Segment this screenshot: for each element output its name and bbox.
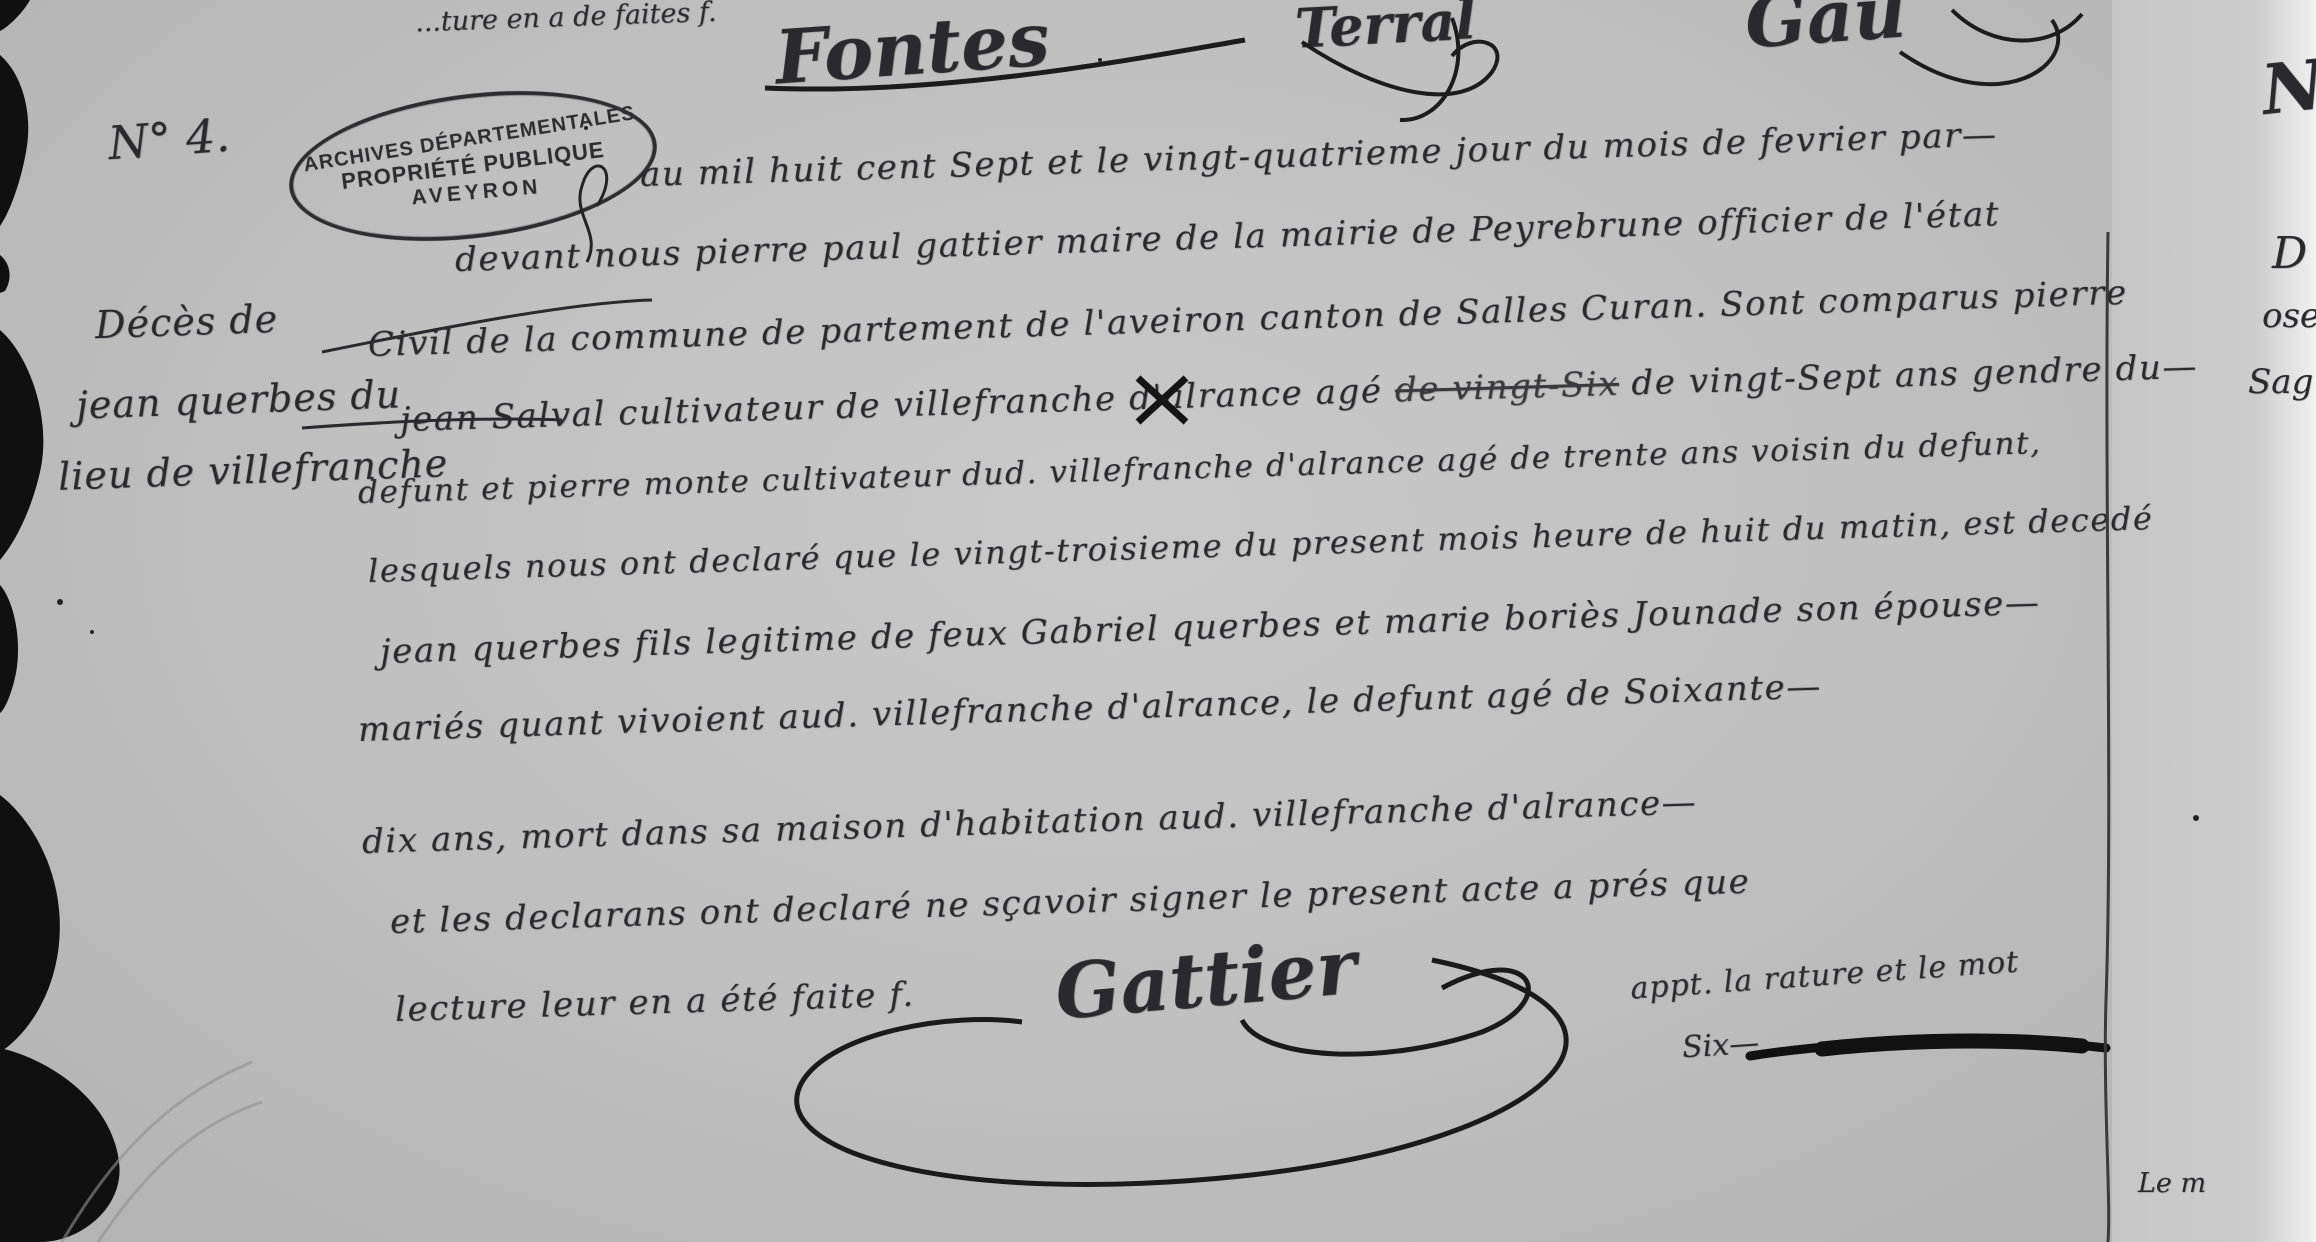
act-line-1: au mil huit cent Sept et le vingt-quatri… bbox=[639, 115, 1998, 195]
act-line-5: defunt et pierre monte cultivateur dud. … bbox=[357, 425, 2042, 511]
act-line-4-crossed-out: de vingt-Six bbox=[1394, 364, 1619, 411]
cut-signature-flourish bbox=[1900, 10, 2082, 84]
act-line-9: dix ans, mort dans sa maison d'habitatio… bbox=[361, 782, 1697, 862]
margin-note-deces-de: Décès de bbox=[94, 297, 279, 347]
signature-terral: Terral bbox=[1293, 0, 1477, 61]
act-line-8: mariés quant vivoient aud. villefranche … bbox=[357, 667, 1822, 750]
adjacent-page-strip bbox=[2112, 0, 2316, 1242]
approval-note-line-1: appt. la rature et le mot bbox=[1629, 944, 2020, 1006]
act-line-3: Civil de la commune de partement de l'av… bbox=[367, 273, 2128, 365]
torn-left-edge bbox=[0, 0, 120, 1242]
adjacent-page-fragment-2: D bbox=[2272, 228, 2307, 279]
act-line-10: et les declarans ont declaré ne sçavoir … bbox=[389, 862, 1750, 942]
paper-crease bbox=[62, 1062, 262, 1242]
act-line-7: jean querbes fils legitime de feux Gabri… bbox=[379, 583, 2041, 672]
act-line-6: lesquels nous ont declaré que le vingt-t… bbox=[367, 499, 2153, 590]
act-line-4: jean Salval cultivateur de villefranche … bbox=[399, 347, 2198, 440]
approval-note-line-2: Six— bbox=[1681, 1025, 1760, 1065]
act-line-4-pre: jean Salval cultivateur de villefranche … bbox=[399, 370, 1395, 440]
adjacent-page-fragment-4: Sag bbox=[2248, 362, 2313, 402]
signature-cut-top-edge: Gau bbox=[1742, 0, 1908, 64]
previous-act-fragment: ...ture en a de faites f. bbox=[415, 0, 717, 38]
act-line-2: devant nous pierre paul gattier maire de… bbox=[454, 194, 2000, 280]
adjacent-page-fragment-3: ose bbox=[2262, 296, 2316, 336]
act-line-11: lecture leur en a été faite f. bbox=[394, 975, 915, 1030]
approval-note-stroke bbox=[1750, 1041, 2106, 1056]
scanned-death-record-page: ...ture en a de faites f. Fontes Terral … bbox=[0, 0, 2316, 1242]
signature-fontes: Fontes bbox=[772, 0, 1052, 101]
margin-act-number: N° 4. bbox=[106, 108, 231, 170]
adjacent-page-fragment-1: N bbox=[2258, 45, 2316, 131]
officer-signature-gattier: Gattier bbox=[1052, 922, 1360, 1037]
archives-departementales-stamp: ARCHIVES DÉPARTEMENTALES PROPRIÉTÉ PUBLI… bbox=[281, 72, 666, 260]
adjacent-page-fragment-5: Le m bbox=[2138, 1168, 2206, 1199]
margin-note-name: jean querbes du bbox=[75, 372, 401, 427]
